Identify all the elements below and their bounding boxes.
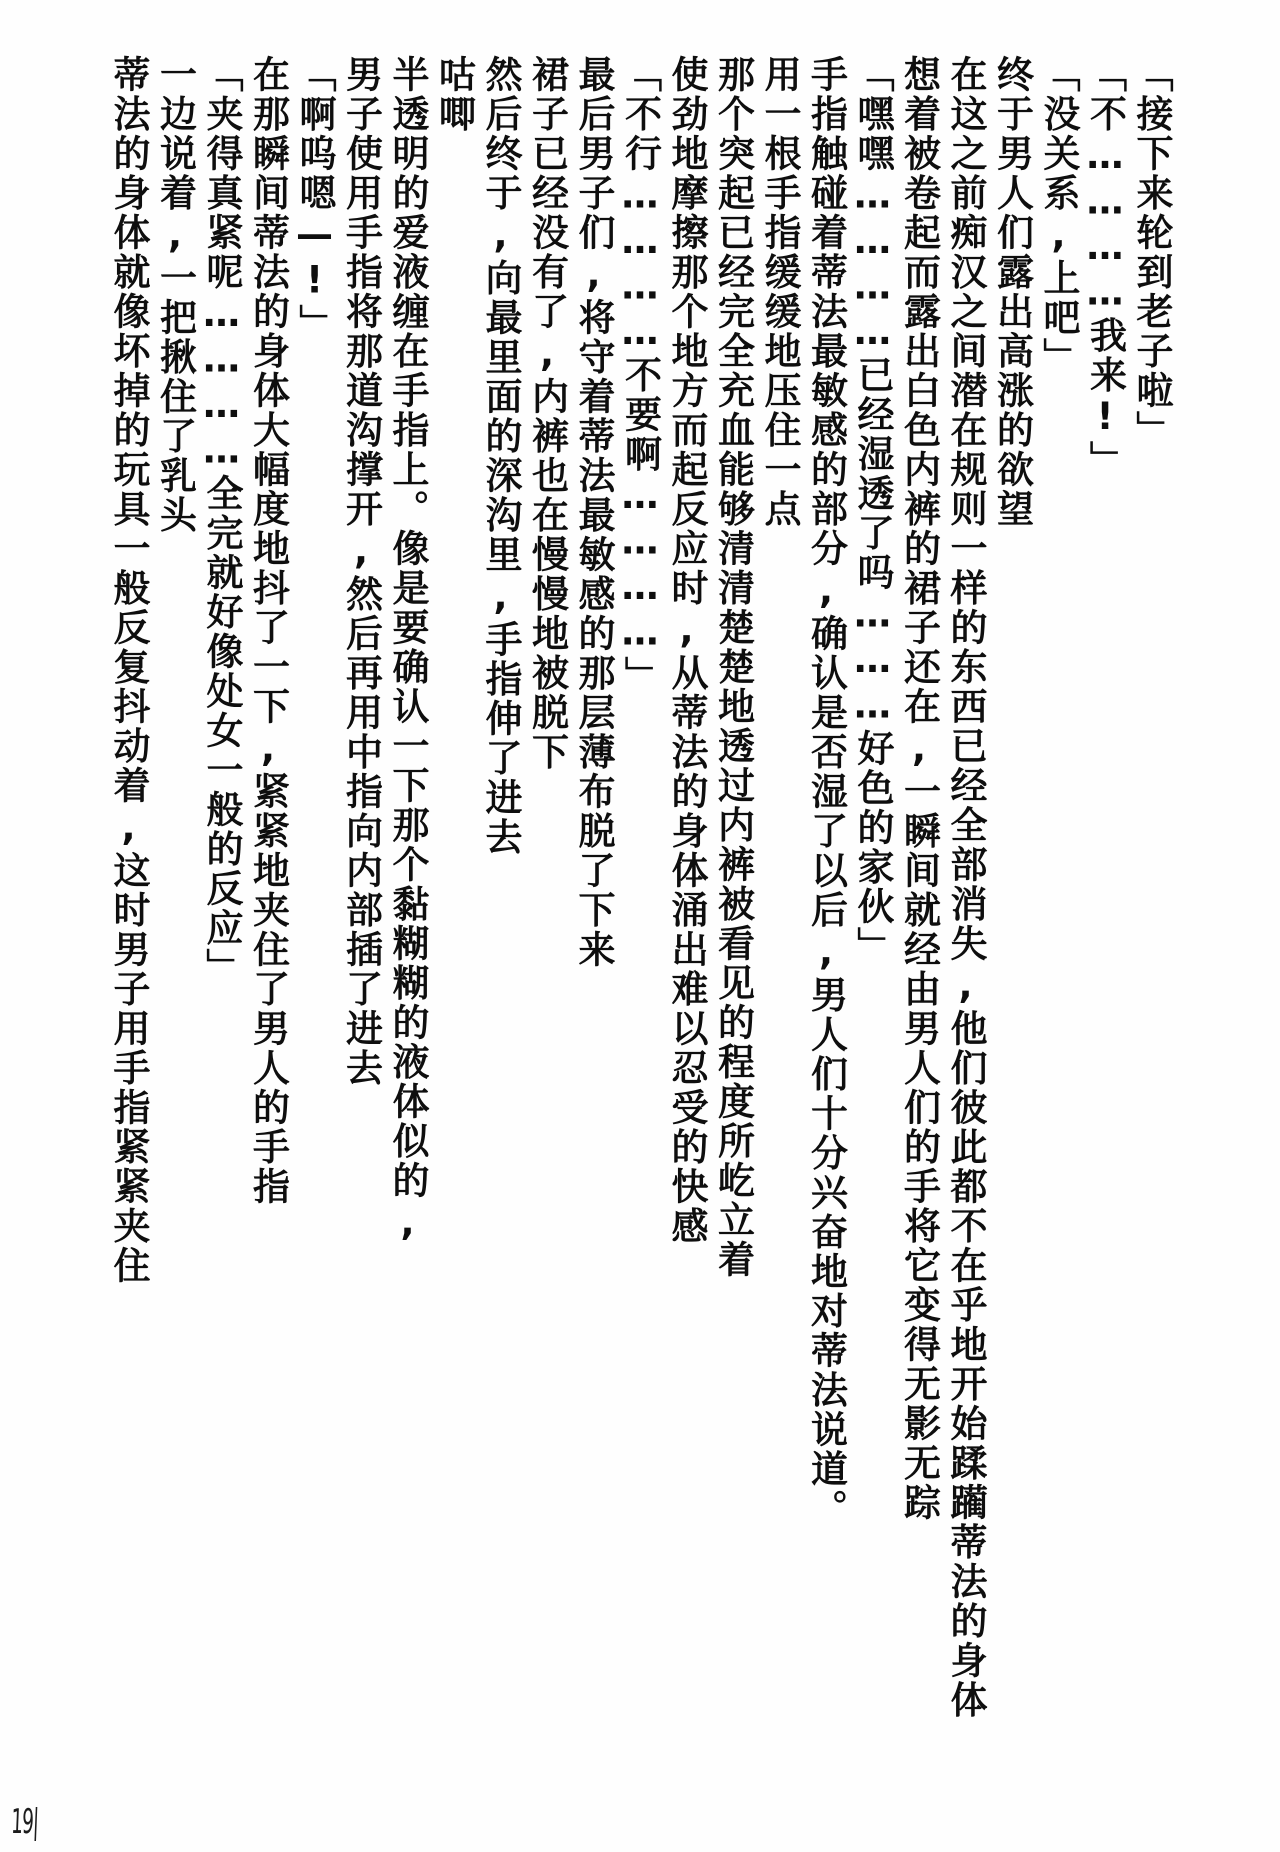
- text-column: 「啊呜嗯—!」: [291, 55, 338, 1770]
- text-column: 最后男子们,将守着蒂法最敏感的那层薄布脱了下来: [570, 55, 617, 1770]
- text-column: 在那瞬间蒂法的身体大幅度地抖了一下,紧紧地夹住了男人的手指: [244, 55, 291, 1770]
- vertical-text-columns: 「接下来轮到老子啦」「不…………我来!」「没关系,上吧」终于男人们露出高涨的欲望…: [105, 55, 1175, 1770]
- text-column: 蒂法的身体就像坏掉的玩具一般反复抖动着,这时男子用手指紧紧夹住: [105, 55, 152, 1770]
- text-column: 一边说着,一把揪住了乳头: [151, 55, 198, 1770]
- text-column: 「不…………我来!」: [1081, 55, 1128, 1770]
- text-column: 「不行…………不要啊…………」: [616, 55, 663, 1770]
- text-column: 「嘿嘿…………已经湿透了吗………好色的家伙」: [849, 55, 896, 1770]
- text-column: 咕唧: [430, 55, 477, 1770]
- text-column: 想着被卷起而露出白色内裤的裙子还在,一瞬间就经由男人们的手将它变得无影无踪: [895, 55, 942, 1770]
- text-column: 男子使用手指将那道沟撑开,然后再用中指向内部插了进去: [337, 55, 384, 1770]
- text-column: 「夹得真紧呢…………全完就好像处女一般的反应」: [198, 55, 245, 1770]
- text-column: 在这之前痴汉之间潜在规则一样的东西已经全部消失,他们彼此都不在乎地开始蹂躏蒂法的…: [942, 55, 989, 1770]
- scanned-text-page: 「接下来轮到老子啦」「不…………我来!」「没关系,上吧」终于男人们露出高涨的欲望…: [0, 0, 1280, 1852]
- text-column: 使劲地摩擦那个地方而起反应时,从蒂法的身体涌出难以忍受的快感: [663, 55, 710, 1770]
- text-column: 「没关系,上吧」: [1035, 55, 1082, 1770]
- text-column: 裙子已经没有了,内裤也在慢慢地被脱下: [523, 55, 570, 1770]
- text-column: 「接下来轮到老子啦」: [1128, 55, 1175, 1770]
- handwritten-page-number-mark: 19|: [10, 1802, 38, 1842]
- text-column: 然后终于,向最里面的深沟里,手指伸了进去: [477, 55, 524, 1770]
- text-column: 终于男人们露出高涨的欲望: [988, 55, 1035, 1770]
- text-column: 半透明的爱液缠在手指上。像是要确认一下那个黏糊糊的液体似的,: [384, 55, 431, 1770]
- text-column: 那个突起已经完全充血能够清清楚楚地透过内裤被看见的程度所屹立着: [709, 55, 756, 1770]
- text-column: 手指触碰着蒂法最敏感的部分,确认是否湿了以后,男人们十分兴奋地对蒂法说道。: [802, 55, 849, 1770]
- text-column: 用一根手指缓缓地压住一点: [756, 55, 803, 1770]
